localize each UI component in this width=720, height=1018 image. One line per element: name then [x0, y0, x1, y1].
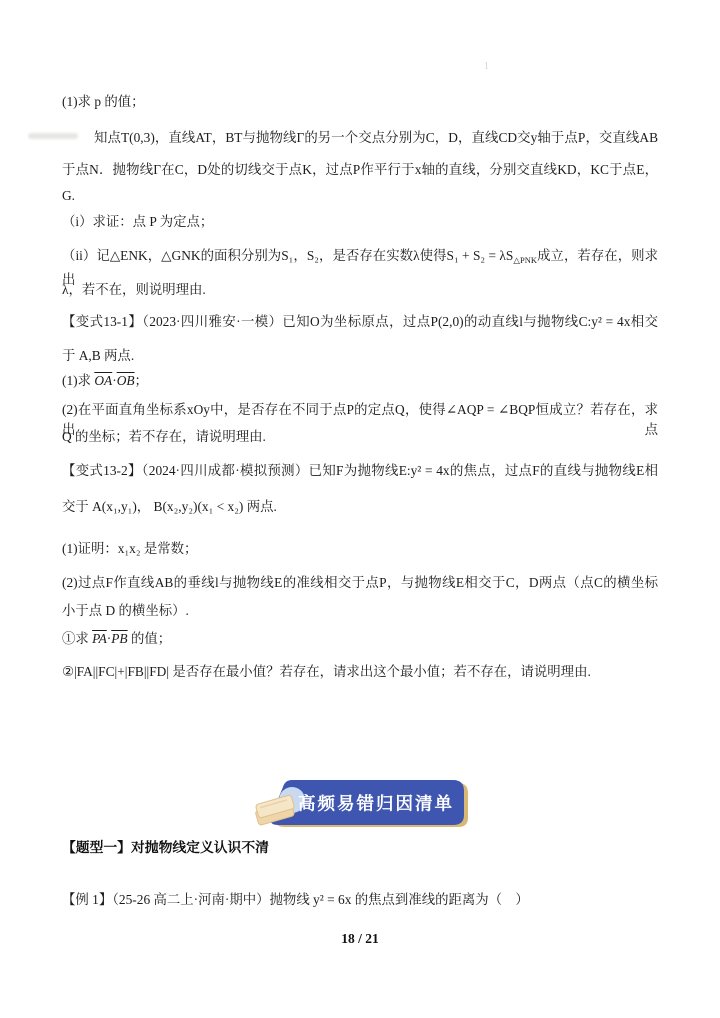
- line-less-than-D: 小于点 D 的横坐标）.: [62, 601, 658, 623]
- line-Q-coordinates: Q 的坐标；若不存在，请说明理由.: [62, 427, 658, 449]
- vector-OA: OA: [94, 373, 112, 388]
- line-areas-S1-S2: （ii）记△ENK，△GNK的面积分别为S₁，S₂，是否存在实数λ使得S₁ + …: [62, 246, 658, 268]
- line-example-1: 【例 1】（25-26 高二上·河南·期中）抛物线 y² = 6x 的焦点到准线…: [62, 890, 658, 912]
- banner-error-causes-list: 高频易错归因清单: [250, 778, 474, 832]
- line-PA-dot-PB: ①求 PA·PB 的值；: [62, 629, 658, 651]
- banner-label: 高频易错归因清单: [298, 794, 454, 814]
- document-page: 1 (1)求 p 的值； 知点T(0,3)，直线AT，BT与抛物线Γ的另一个交点…: [0, 0, 720, 1018]
- areas-text-a: （ii）记△ENK，△GNK的面积分别为S₁，S₂，是否存在实数λ使得S₁ + …: [62, 248, 513, 263]
- oa-suffix: ；: [135, 373, 148, 388]
- line-AB-two-points: 于 A,B 两点.: [62, 346, 658, 368]
- pa-prefix: ①求: [62, 631, 92, 646]
- pa-suffix: 的值；: [128, 631, 172, 646]
- faint-corner-mark: 1: [484, 61, 489, 72]
- line-prove-P-fixed: （i）求证：点 P 为定点；: [62, 212, 658, 234]
- line-OA-dot-OB: (1)求 OA·OB；: [62, 371, 658, 393]
- banner-graphic: 高频易错归因清单: [250, 778, 474, 832]
- line-perpendicular-line-l: (2)过点F作直线AB的垂线l与抛物线E的准线相交于点P，与抛物线E相交于C，D…: [62, 573, 658, 595]
- line-tangents-at-K: 于点N．抛物线Γ在C，D处的切线交于点K，过点P作平行于x轴的直线，分别交直线K…: [62, 160, 658, 182]
- line-A-B-coordinates: 交于 A(x₁,y₁)， B(x₂,y₂)(x₁ < x₂) 两点.: [62, 497, 658, 519]
- line-point-G: G.: [62, 186, 658, 208]
- line-find-p-value: (1)求 p 的值；: [62, 92, 658, 114]
- page-number: 18 / 21: [0, 931, 720, 947]
- line-lambda-otherwise: λ，若不在，则说明理由.: [62, 280, 658, 302]
- line-exists-point-Q: (2)在平面直角坐标系xOy中，是否存在不同于点P的定点Q，使得∠AQP = ∠…: [62, 400, 658, 422]
- areas-subscript-PNK: △PNK: [513, 255, 537, 265]
- line-variant-13-2-intro: 【变式13-2】（2024·四川成都·模拟预测）已知F为抛物线E:y² = 4x…: [62, 461, 658, 483]
- vector-PB: PB: [111, 631, 127, 646]
- line-variant-13-1-intro: 【变式13-1】（2023·四川雅安·一模）已知O为坐标原点，过点P(2,0)的…: [62, 312, 658, 334]
- line-known-point-T: 知点T(0,3)，直线AT，BT与抛物线Γ的另一个交点分别为C，D，直线CD交y…: [62, 128, 658, 150]
- oa-prefix: (1)求: [62, 373, 94, 388]
- line-prove-x1x2-constant: (1)证明：x₁x₂ 是常数；: [62, 539, 658, 561]
- vector-PA: PA: [92, 631, 107, 646]
- heading-problem-type-1: 【题型一】对抛物线定义认识不清: [62, 838, 658, 860]
- vector-OB: OB: [117, 373, 135, 388]
- line-minimum-value-question: ②|FA||FC|+|FB||FD| 是否存在最小值？若存在，请求出这个最小值；…: [62, 662, 658, 684]
